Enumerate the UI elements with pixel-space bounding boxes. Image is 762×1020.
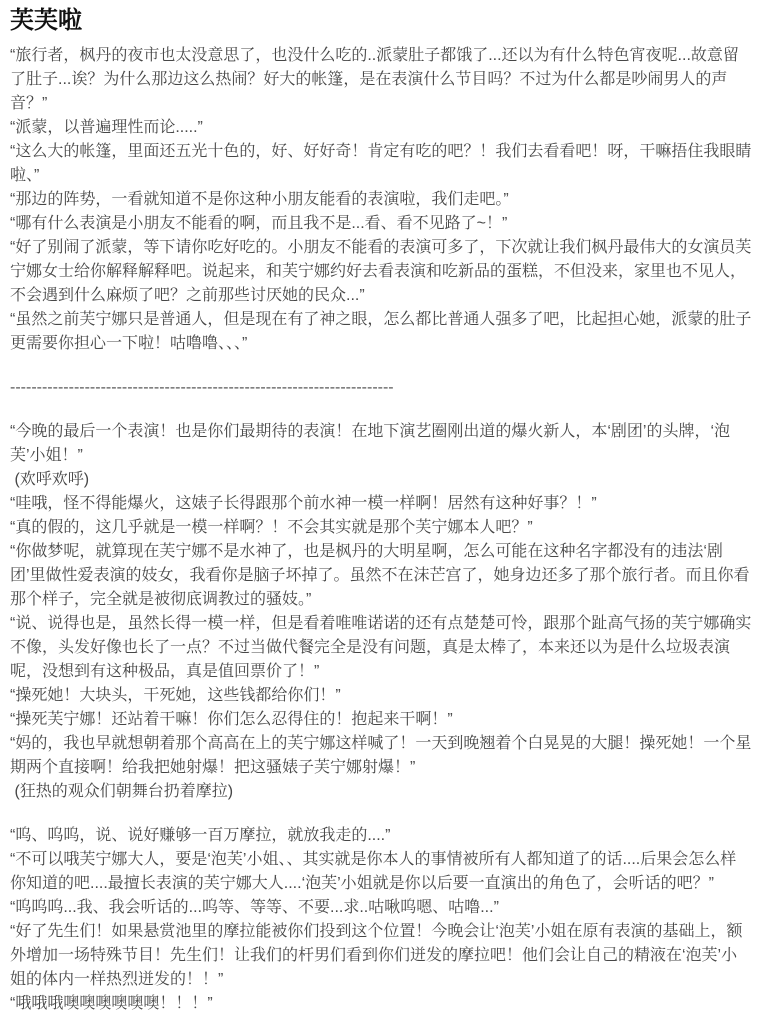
section-divider: ----------------------------------------… <box>10 376 752 400</box>
story-section-3: “呜、呜呜，说、说好赚够一百万摩拉，就放我走的....” “不可以哦芙宁娜大人，… <box>10 824 752 1016</box>
blank-line <box>10 804 752 824</box>
story-paragraph: “操死芙宁娜！还站着干嘛！你们怎么忍得住的！抱起来干啊！” <box>10 708 752 732</box>
story-section-2: “今晚的最后一个表演！也是你们最期待的表演！在地下演艺圈刚出道的爆火新人，本‘剧… <box>10 420 752 804</box>
story-paragraph: “你做梦呢，就算现在芙宁娜不是水神了，也是枫丹的大明星啊，怎么可能在这种名字都没… <box>10 540 752 612</box>
story-paragraph: “妈的，我也早就想朝着那个高高在上的芙宁娜这样喊了！一天到晚翘着个白晃晃的大腿！… <box>10 732 752 780</box>
blank-line <box>10 400 752 420</box>
story-paragraph: “这么大的帐篷，里面还五光十色的，好、好好奇！肯定有吃的吧？！我们去看看吧！呀，… <box>10 140 752 188</box>
story-paragraph: “虽然之前芙宁娜只是普通人，但是现在有了神之眼，怎么都比普通人强多了吧，比起担心… <box>10 308 752 356</box>
blank-line <box>10 356 752 376</box>
story-paragraph: “哇哦，怪不得能爆火，这婊子长得跟那个前水神一模一样啊！居然有这种好事？！” <box>10 492 752 516</box>
story-paragraph: “呜、呜呜，说、说好赚够一百万摩拉，就放我走的....” <box>10 824 752 848</box>
story-paragraph: “那边的阵势，一看就知道不是你这种小朋友能看的表演啦，我们走吧。” <box>10 188 752 212</box>
story-paragraph: “真的假的，这几乎就是一模一样啊？！不会其实就是那个芙宁娜本人吧？” <box>10 516 752 540</box>
story-paragraph: “不可以哦芙宁娜大人，要是‘泡芙’小姐、、其实就是你本人的事情被所有人都知道了的… <box>10 848 752 896</box>
story-paragraph: “好了先生们！如果悬赏池里的摩拉能被你们投到这个位置！今晚会让‘泡芙’小姐在原有… <box>10 920 752 992</box>
story-paragraph: “旅行者，枫丹的夜市也太没意思了，也没什么吃的..派蒙肚子都饿了...还以为有什… <box>10 44 752 116</box>
document-page: 芙芙啦 “旅行者，枫丹的夜市也太没意思了，也没什么吃的..派蒙肚子都饿了...还… <box>0 0 762 1016</box>
story-paragraph: “今晚的最后一个表演！也是你们最期待的表演！在地下演艺圈刚出道的爆火新人，本‘剧… <box>10 420 752 468</box>
story-paragraph: “说、说得也是，虽然长得一模一样，但是看着唯唯诺诺的还有点楚楚可怜，跟那个趾高气… <box>10 612 752 684</box>
story-paragraph: “呜呜呜...我、我会听话的...呜等、等等、不要...求..咕啾呜嗯、咕噜..… <box>10 896 752 920</box>
page-title: 芙芙啦 <box>10 6 752 36</box>
story-paragraph: “哦哦哦噢噢噢噢噢噢！！！” <box>10 992 752 1016</box>
story-section-1: “旅行者，枫丹的夜市也太没意思了，也没什么吃的..派蒙肚子都饿了...还以为有什… <box>10 44 752 356</box>
story-paragraph: “好了别闹了派蒙，等下请你吃好吃的。小朋友不能看的表演可多了，下次就让我们枫丹最… <box>10 236 752 308</box>
story-paragraph: (欢呼欢呼) <box>10 468 752 492</box>
story-paragraph: “派蒙，以普遍理性而论.....” <box>10 116 752 140</box>
story-paragraph: (狂热的观众们朝舞台扔着摩拉) <box>10 780 752 804</box>
story-paragraph: “哪有什么表演是小朋友不能看的啊，而且我不是...看、看不见路了~！” <box>10 212 752 236</box>
story-paragraph: “操死她！大块头，干死她，这些钱都给你们！” <box>10 684 752 708</box>
